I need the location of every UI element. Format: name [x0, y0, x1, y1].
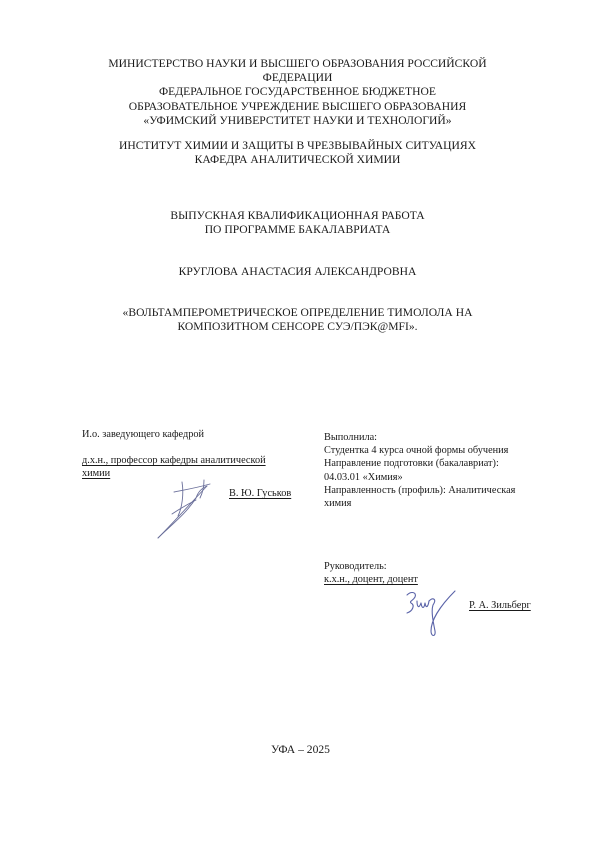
thesis-title-line-2: КОМПОЗИТНОМ СЕНСОРЕ СУЭ/ПЭК@MFI».: [0, 320, 595, 334]
performer-line-2: Направление подготовки (бакалавриат):: [324, 457, 554, 470]
institute-name: ИНСТИТУТ ХИМИИ И ЗАЩИТЫ В ЧРЕЗВЫВАЙНЫХ С…: [0, 139, 595, 153]
performer-line-4: Направленность (профиль): Аналитическая: [324, 484, 554, 497]
institution-line-2: ОБРАЗОВАТЕЛЬНОЕ УЧРЕЖДЕНИЕ ВЫСШЕГО ОБРАЗ…: [0, 100, 595, 114]
supervisor-signature-name: Р. А. Зильберг: [469, 599, 531, 612]
work-type-block: ВЫПУСКНАЯ КВАЛИФИКАЦИОННАЯ РАБОТА ПО ПРО…: [0, 209, 595, 237]
head-role: И.о. заведующего кафедрой: [82, 428, 307, 441]
chair-name: КАФЕДРА АНАЛИТИЧЕСКОЙ ХИМИИ: [0, 153, 595, 167]
head-position-line-2: химии: [82, 467, 110, 480]
handwritten-signature-icon: [403, 587, 459, 639]
performer-line-5: химия: [324, 497, 554, 510]
performer-block: Выполнила: Студентка 4 курса очной формы…: [324, 431, 554, 510]
ministry-header: МИНИСТЕРСТВО НАУКИ И ВЫСШЕГО ОБРАЗОВАНИЯ…: [0, 57, 595, 128]
supervisor-label: Руководитель:: [324, 560, 554, 573]
supervisor-block: Руководитель: к.х.н., доцент, доцент: [324, 560, 554, 586]
institution-line-1: ФЕДЕРАЛЬНОЕ ГОСУДАРСТВЕННОЕ БЮДЖЕТНОЕ: [0, 85, 595, 99]
ministry-line-1: МИНИСТЕРСТВО НАУКИ И ВЫСШЕГО ОБРАЗОВАНИЯ…: [0, 57, 595, 71]
ministry-line-2: ФЕДЕРАЦИИ: [0, 71, 595, 85]
performer-label: Выполнила:: [324, 431, 554, 444]
work-type-line-2: ПО ПРОГРАММЕ БАКАЛАВРИАТА: [0, 223, 595, 237]
author-block: КРУГЛОВА АНАСТАСИЯ АЛЕКСАНДРОВНА: [0, 265, 595, 279]
author-name: КРУГЛОВА АНАСТАСИЯ АЛЕКСАНДРОВНА: [0, 265, 595, 279]
performer-line-3: 04.03.01 «Химия»: [324, 471, 554, 484]
performer-line-1: Студентка 4 курса очной формы обучения: [324, 444, 554, 457]
university-name: «УФИМСКИЙ УНИВЕРСТИТЕТ НАУКИ И ТЕХНОЛОГИ…: [0, 114, 595, 128]
footer-city-year: УФА – 2025: [3, 743, 595, 757]
head-of-department-block: И.о. заведующего кафедрой д.х.н., профес…: [82, 428, 307, 481]
department-block: ИНСТИТУТ ХИМИИ И ЗАЩИТЫ В ЧРЕЗВЫВАЙНЫХ С…: [0, 139, 595, 167]
supervisor-position: к.х.н., доцент, доцент: [324, 573, 418, 586]
head-signature-name: В. Ю. Гуськов: [229, 487, 291, 500]
handwritten-signature-icon: [152, 474, 222, 544]
city-year: УФА – 2025: [3, 743, 595, 757]
thesis-title: «ВОЛЬТАМПЕРОМЕТРИЧЕСКОЕ ОПРЕДЕЛЕНИЕ ТИМО…: [0, 306, 595, 334]
thesis-title-line-1: «ВОЛЬТАМПЕРОМЕТРИЧЕСКОЕ ОПРЕДЕЛЕНИЕ ТИМО…: [0, 306, 595, 320]
head-position-line-1: д.х.н., профессор кафедры аналитической: [82, 454, 307, 467]
work-type-line-1: ВЫПУСКНАЯ КВАЛИФИКАЦИОННАЯ РАБОТА: [0, 209, 595, 223]
